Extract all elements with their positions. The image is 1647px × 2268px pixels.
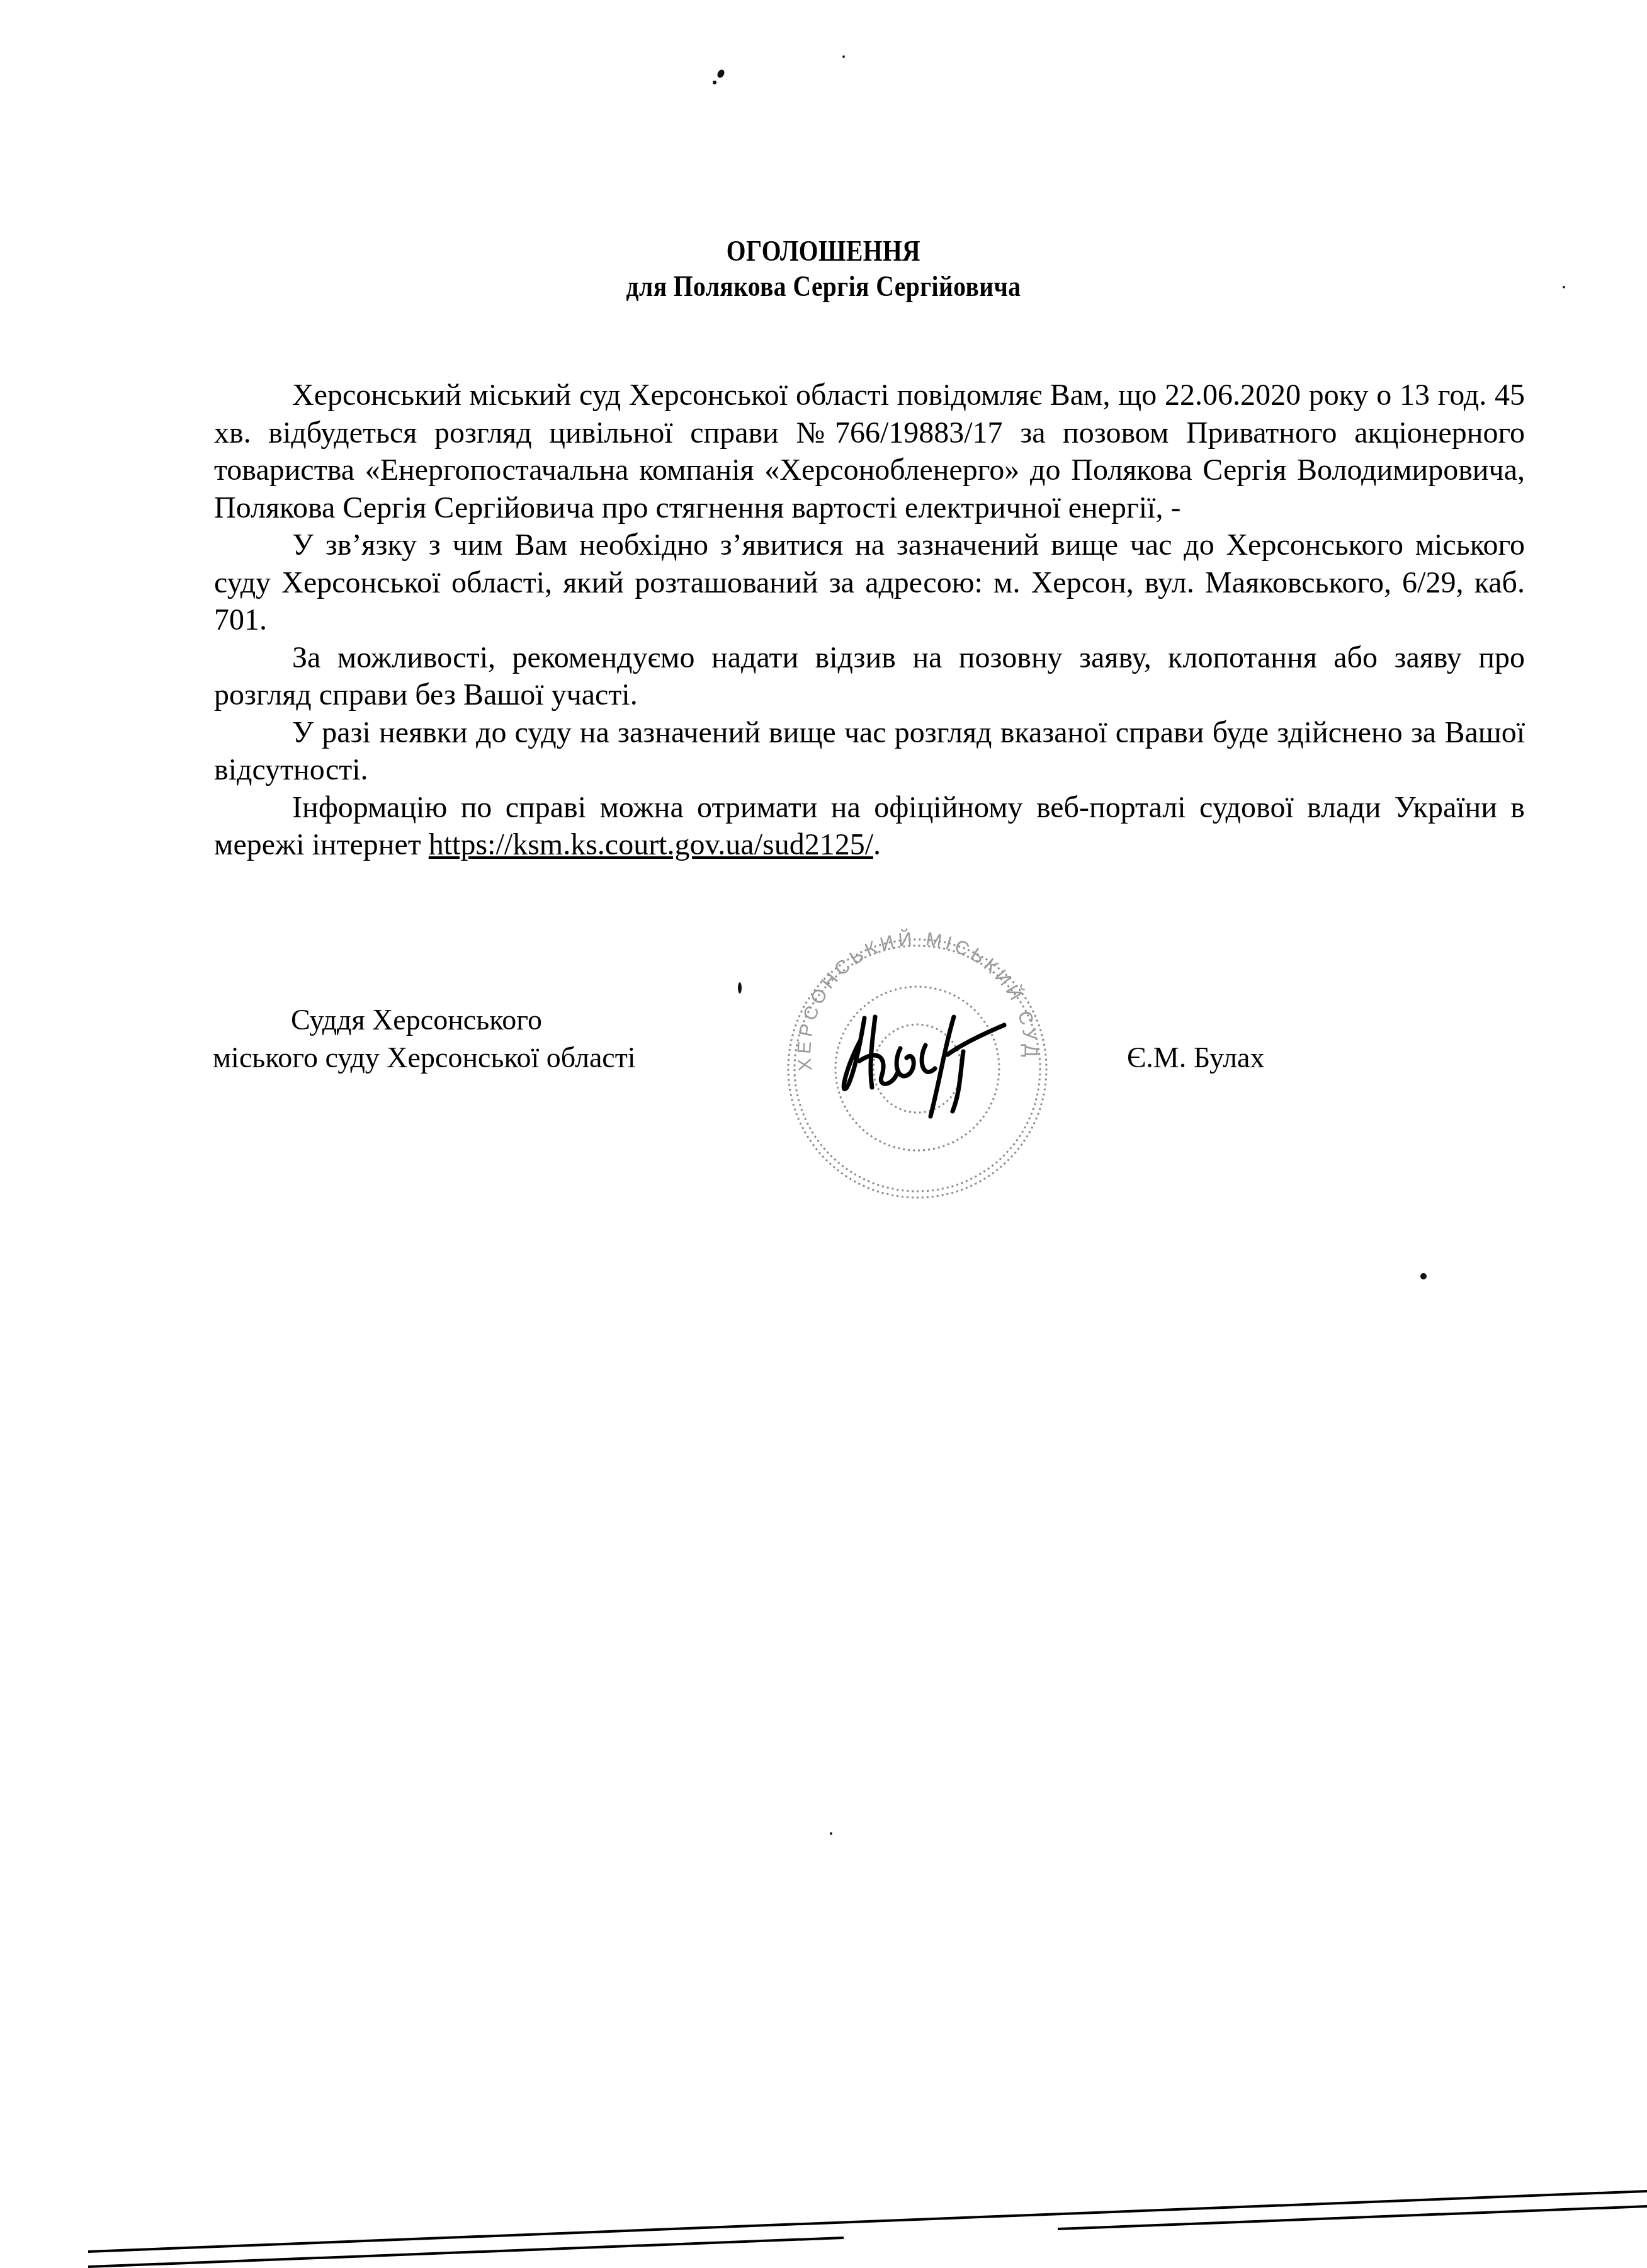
judge-position: Суддя Херсонського міського суду Херсонс… — [213, 1001, 636, 1077]
document-subtitle: для Полякова Сергія Сергійовича — [115, 267, 1532, 306]
paragraph-hearing-notice: Херсонський міський суд Херсонської обла… — [214, 377, 1525, 526]
paragraph-info: Інформацію по справі можна отримати на о… — [214, 789, 1525, 864]
paragraph-absence: У разі неявки до суду на зазначений вище… — [214, 714, 1525, 789]
info-text-end: . — [873, 828, 881, 861]
scan-speck — [1563, 286, 1565, 288]
scan-speck — [716, 68, 726, 79]
paragraph-appearance: У зв’язку з чим Вам необхідно з’явитися … — [214, 526, 1525, 639]
document-title: ОГОЛОШЕННЯ — [115, 232, 1532, 271]
judge-position-line1: Суддя Херсонського — [213, 1001, 636, 1039]
judge-name: Є.М. Булах — [1127, 1039, 1264, 1077]
scan-speck — [830, 1832, 832, 1835]
signature-icon — [844, 1017, 1004, 1116]
scan-speck — [842, 55, 845, 58]
court-portal-link[interactable]: https://ksm.ks.court.gov.ua/sud2125/ — [429, 828, 873, 861]
scan-edge-lines — [0, 2153, 1647, 2268]
judge-position-line2: міського суду Херсонської області — [213, 1039, 636, 1077]
scanned-page: ОГОЛОШЕННЯ для Полякова Сергія Сергійови… — [0, 0, 1647, 2268]
scan-speck — [1420, 1273, 1427, 1279]
paragraph-recommendation: За можливості, рекомендуємо надати відзи… — [214, 639, 1525, 714]
court-seal-icon: ХЕРСОНСЬКИЙ МІСЬКИЙ СУД ХЕРСОНСЬКОЇ ОБЛА… — [752, 922, 1080, 1212]
notice-body: Херсонський міський суд Херсонської обла… — [214, 377, 1525, 864]
scan-speck — [738, 982, 742, 994]
scan-speck — [713, 81, 716, 84]
